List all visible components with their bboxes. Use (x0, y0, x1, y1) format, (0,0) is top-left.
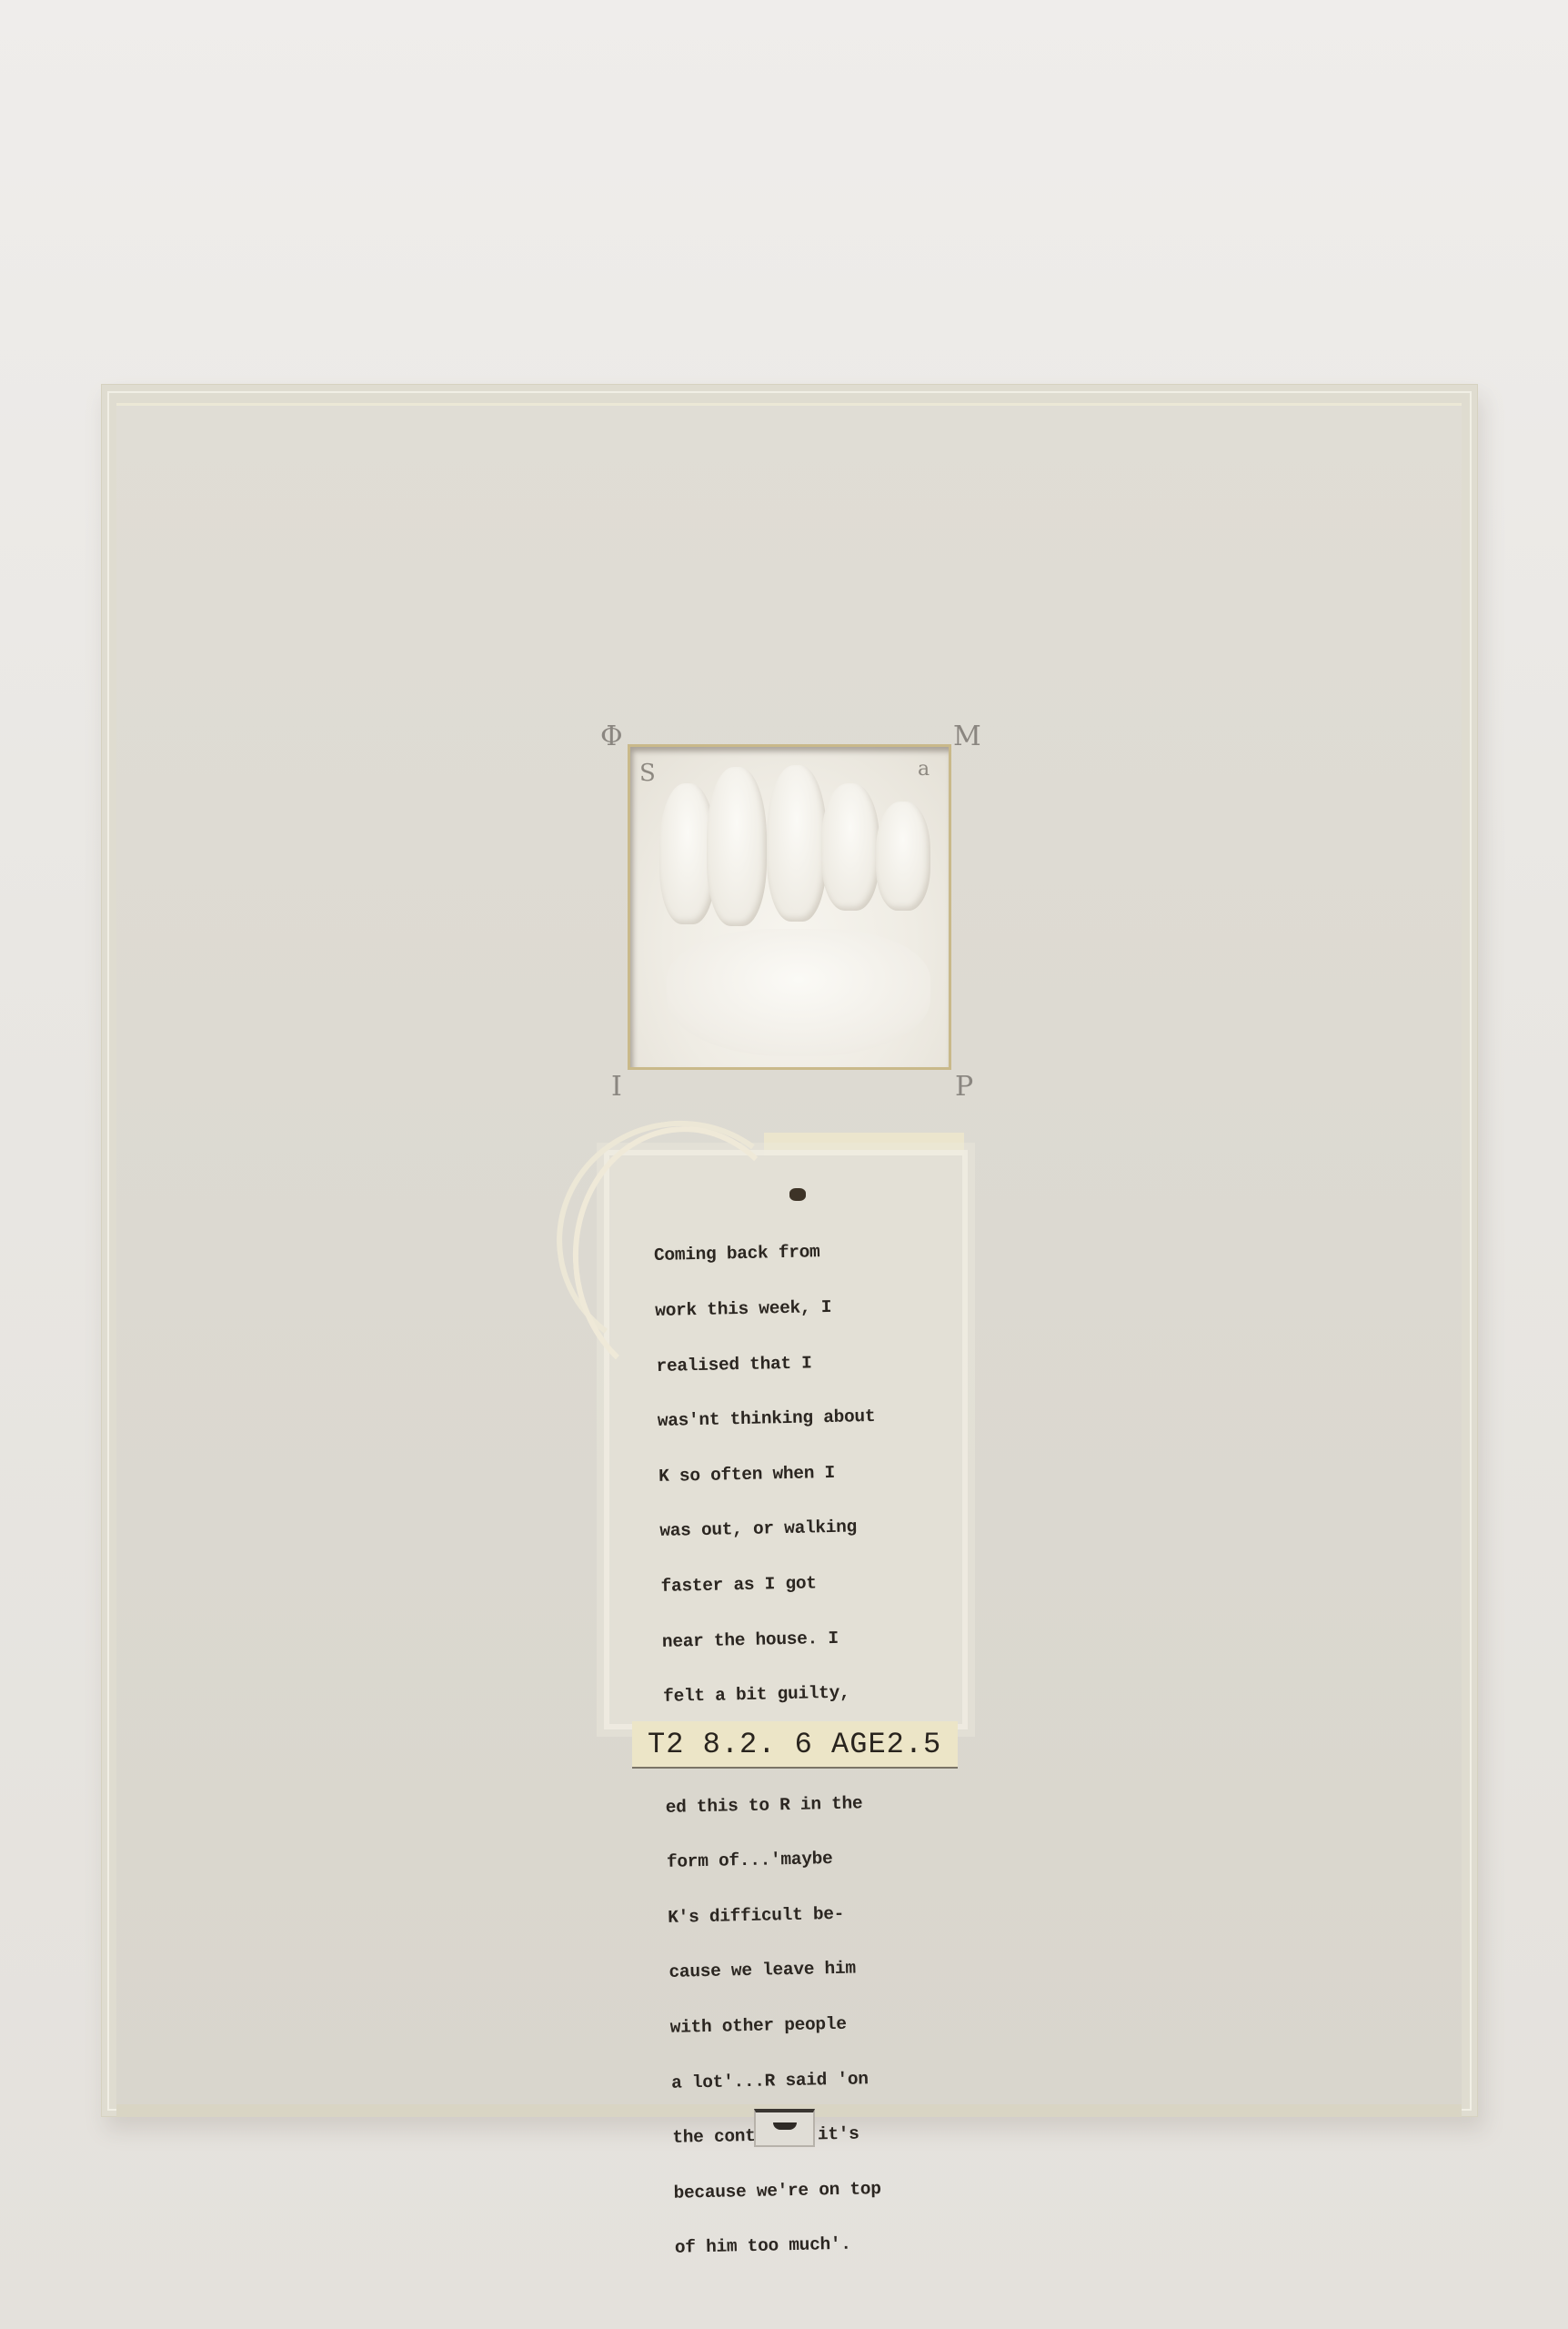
hand-cast-window: S a (628, 744, 951, 1070)
palm-cast (667, 929, 930, 1056)
text-line: realised that I (656, 1350, 965, 1375)
text-line: was out, or walking (659, 1516, 969, 1540)
window-letter-a: a (918, 758, 930, 781)
finger-cast (767, 765, 827, 922)
letter-top-right: M (953, 723, 981, 751)
letter-bottom-left: I (611, 1074, 622, 1101)
text-line: near the house. I (662, 1626, 971, 1650)
thumb-cast (876, 802, 930, 911)
finger-cast (707, 767, 767, 926)
label-text: T2 8.2. 6 AGE2.5 (648, 1729, 941, 1761)
text-line: with other people (670, 2012, 980, 2037)
text-line: ed this to R in the (666, 1791, 975, 1816)
text-line: K so often when I (658, 1461, 968, 1486)
text-line: because we're on top (673, 2177, 982, 2202)
text-line: was'nt thinking about (658, 1406, 967, 1430)
text-line: felt a bit guilty, (663, 1681, 972, 1706)
text-line: work this week, I (655, 1296, 964, 1320)
letter-bottom-right: P (955, 1074, 973, 1101)
letter-top-left: Φ (600, 723, 623, 751)
text-line: of him too much'. (675, 2233, 984, 2257)
window-letter-s: S (639, 760, 656, 787)
finger-cast (821, 783, 879, 911)
text-line: faster as I got (660, 1571, 970, 1596)
text-line: Coming back from (654, 1240, 963, 1265)
text-line: the contrary, it's (672, 2122, 981, 2147)
clasp-slot (773, 2122, 797, 2130)
text-line: form of...'maybe (667, 1847, 976, 1871)
text-line: K's difficult be- (668, 1901, 977, 1926)
text-line: cause we leave him (668, 1957, 978, 1981)
text-line: a lot'...R said 'on (671, 2067, 980, 2092)
